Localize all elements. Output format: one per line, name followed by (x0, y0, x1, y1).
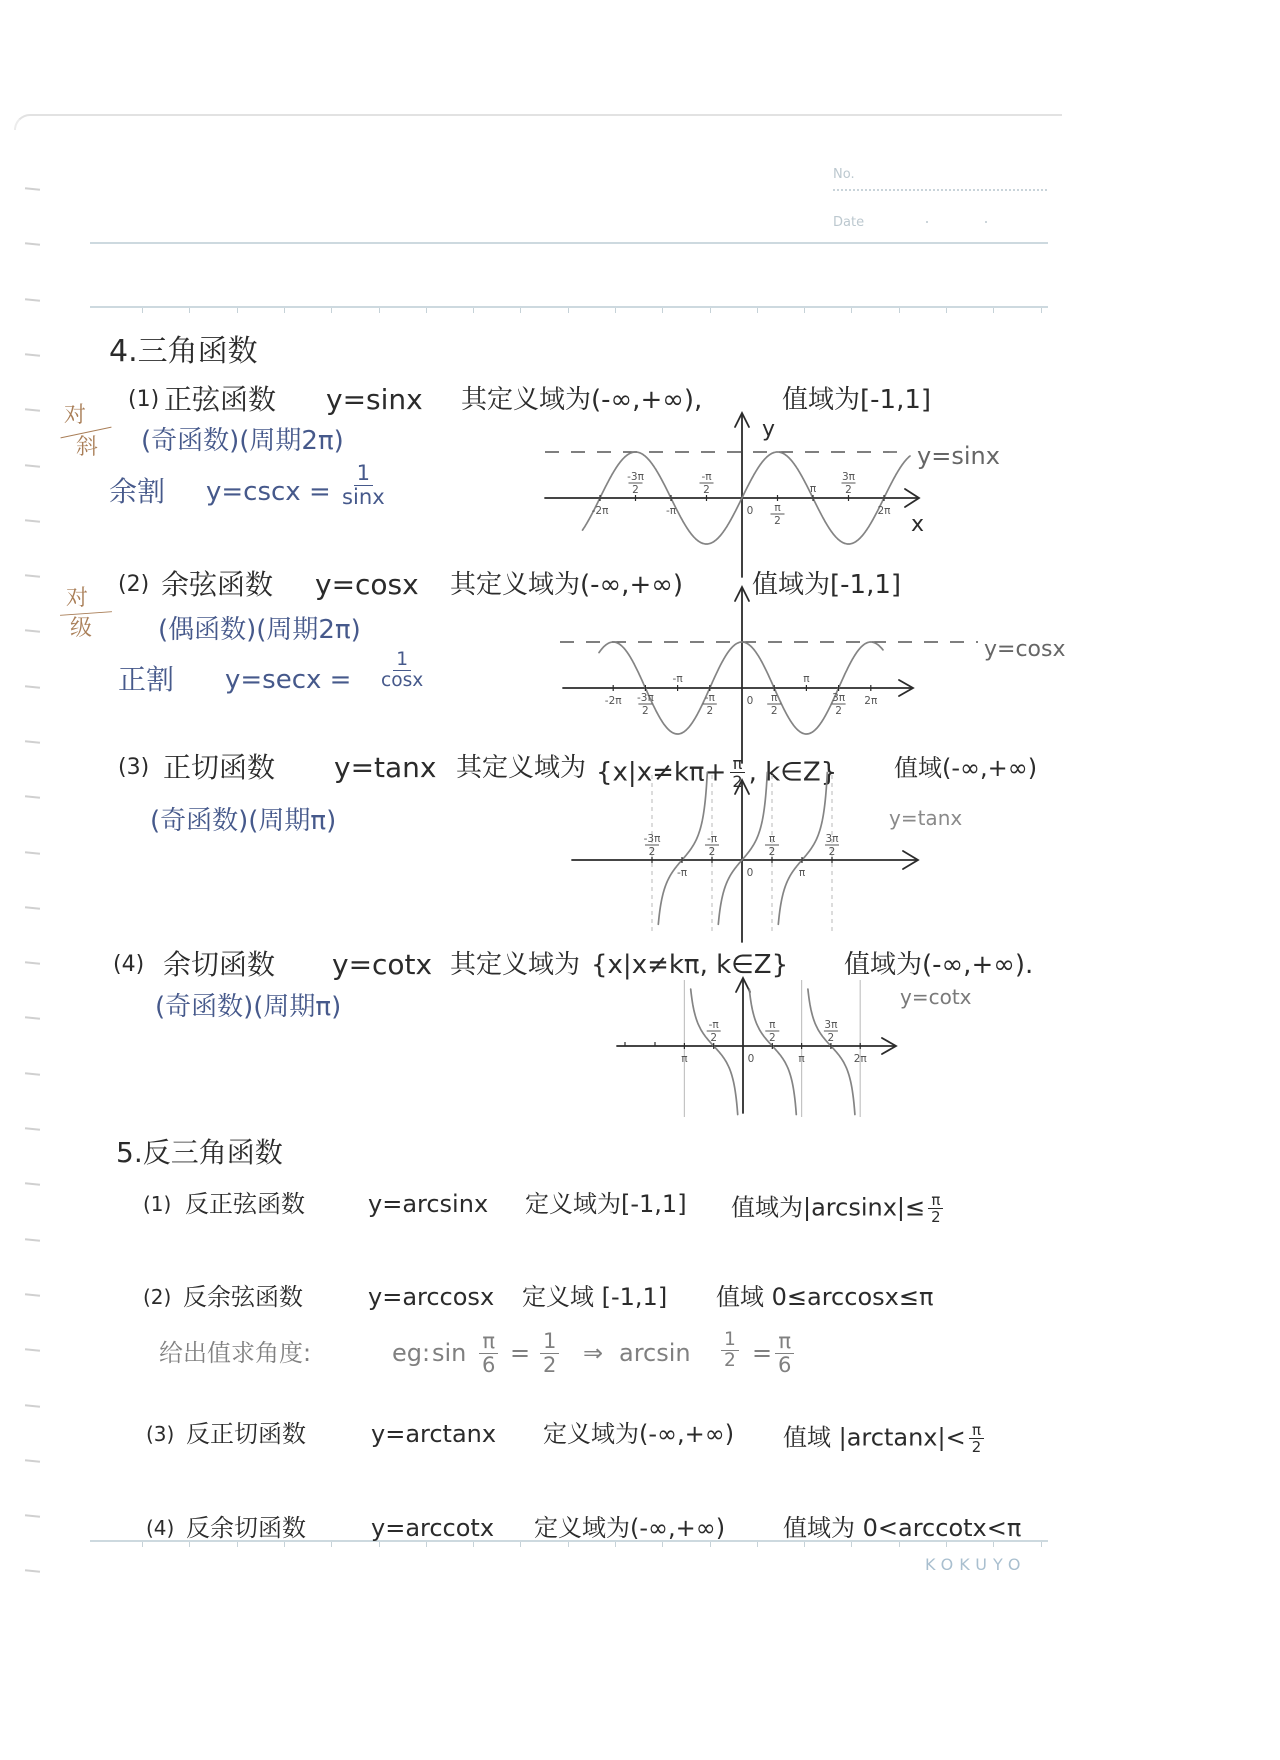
function-domain: 定义域为[-1,1] (525, 1192, 687, 1216)
example-equals: = (510, 1341, 530, 1365)
example-function: sin (432, 1341, 466, 1365)
svg-text:2: 2 (769, 1032, 776, 1044)
function-range: 值域 |arctanx|<π2 (783, 1422, 987, 1455)
tick-label: π (803, 673, 810, 685)
fraction-numerator: π (928, 1192, 943, 1209)
item-number: (2) (143, 1287, 171, 1307)
svg-text:2: 2 (649, 846, 656, 858)
graphs-layer: y x -2π-3π2-π-π20π2π3π22π -2π-3π2-π-π20π… (0, 0, 1280, 1760)
svg-text:2: 2 (845, 484, 852, 496)
fraction-denominator: 2 (540, 1354, 559, 1377)
tick-label: -3π2 (627, 471, 644, 496)
function-formula: y=arcsinx (368, 1192, 488, 1216)
tick-label: π2 (771, 502, 785, 527)
example-function: arcsin (619, 1341, 691, 1365)
function-formula: y=arccotx (371, 1516, 494, 1540)
tick-label: -π (673, 673, 684, 685)
function-name: 反正弦函数 (185, 1192, 305, 1216)
svg-text:π: π (771, 692, 778, 704)
svg-text:3π: 3π (842, 471, 856, 483)
svg-text:2: 2 (709, 846, 716, 858)
tick-label: π2 (765, 833, 779, 858)
tick-label: 2π (877, 505, 891, 517)
function-range: 值域 0≤arccosx≤π (716, 1285, 933, 1309)
svg-text:-π: -π (701, 471, 712, 483)
implies-arrow: ⇒ (583, 1341, 603, 1365)
section5-title: 5.反三角函数 (116, 1139, 283, 1167)
svg-text:π: π (810, 483, 817, 495)
fraction-denominator: 2 (969, 1439, 984, 1455)
tick-label: -2π (605, 695, 622, 707)
svg-text:-π: -π (673, 673, 684, 685)
svg-text:-π: -π (709, 1019, 720, 1031)
tick-label: -π2 (700, 471, 714, 496)
svg-text:0: 0 (747, 867, 754, 879)
function-name: 反余切函数 (186, 1516, 306, 1540)
item-number: (3) (146, 1424, 174, 1444)
item-number: (1) (143, 1194, 171, 1214)
svg-text:-π: -π (677, 867, 688, 879)
example-fraction: 12 (537, 1330, 562, 1377)
svg-text:0: 0 (748, 1053, 755, 1065)
tick-label: -π2 (705, 833, 719, 858)
fraction-denominator: 2 (928, 1209, 943, 1225)
svg-text:2: 2 (706, 705, 713, 717)
svg-text:π: π (803, 673, 810, 685)
tick-label: -3π2 (637, 692, 654, 717)
fraction-numerator: 1 (721, 1330, 739, 1351)
cotangent-graph: π-π20π2π3π22π (617, 978, 896, 1117)
svg-text:2: 2 (642, 705, 649, 717)
tick-label: -π (677, 867, 688, 879)
example-fraction: 12 (718, 1330, 742, 1371)
svg-text:2: 2 (703, 484, 710, 496)
tick-label: -π (666, 505, 677, 517)
svg-text:2: 2 (829, 846, 836, 858)
function-domain: 定义域为(-∞,+∞) (543, 1422, 734, 1446)
svg-text:2: 2 (835, 705, 842, 717)
function-range: 值域为|arcsinx|≤π2 (731, 1192, 947, 1225)
svg-text:2π: 2π (864, 695, 878, 707)
svg-text:0: 0 (747, 505, 754, 517)
tick-label: π (810, 483, 817, 495)
example-fraction: π6 (772, 1330, 797, 1377)
fraction-denominator: 6 (479, 1354, 498, 1377)
svg-text:-2π: -2π (592, 505, 609, 517)
tick-label: -2π (592, 505, 609, 517)
tangent-graph: -3π2-π-π20π2π3π2 (572, 772, 918, 942)
svg-text:2: 2 (769, 846, 776, 858)
svg-text:π: π (769, 1019, 776, 1031)
svg-text:π: π (799, 867, 806, 879)
function-domain: 定义域为(-∞,+∞) (534, 1516, 725, 1540)
cot-curve (691, 989, 855, 1114)
svg-text:-3π: -3π (627, 471, 644, 483)
tick-label: 3π2 (832, 692, 846, 717)
svg-text:π: π (681, 1053, 688, 1065)
range-text: 值域 |arctanx|< (783, 1424, 966, 1452)
fraction-numerator: π (479, 1330, 498, 1354)
svg-text:3π: 3π (825, 833, 839, 845)
item-number: (4) (146, 1518, 174, 1538)
fraction-denominator: 2 (721, 1351, 739, 1371)
svg-text:-π: -π (666, 505, 677, 517)
y-axis-label: y (762, 417, 775, 442)
svg-text:2π: 2π (877, 505, 891, 517)
tick-label: π2 (767, 692, 781, 717)
tick-label: 2π (854, 1053, 868, 1065)
tick-label: -π2 (703, 692, 717, 717)
svg-text:-2π: -2π (605, 695, 622, 707)
fraction-numerator: π (969, 1422, 984, 1439)
svg-text:-3π: -3π (644, 833, 661, 845)
svg-text:3π: 3π (832, 692, 846, 704)
tick-label: 0 (747, 867, 754, 879)
function-range: 值域为 0<arccotx<π (783, 1516, 1021, 1540)
fraction-numerator: π (775, 1330, 794, 1354)
example-eg: eg: (392, 1341, 430, 1365)
svg-text:2π: 2π (854, 1053, 868, 1065)
svg-text:-3π: -3π (637, 692, 654, 704)
svg-text:π: π (774, 502, 781, 514)
svg-text:π: π (769, 833, 776, 845)
tick-label: 2π (864, 695, 878, 707)
sine-graph: y x -2π-3π2-π-π20π2π3π22π (545, 413, 924, 577)
svg-text:-π: -π (705, 692, 716, 704)
tick-label: 0 (747, 695, 754, 707)
x-axis-label: x (911, 512, 924, 537)
tick-label: π (681, 1053, 688, 1065)
tick-label: 0 (747, 505, 754, 517)
tick-label: 3π2 (842, 471, 856, 496)
function-formula: y=arctanx (371, 1422, 496, 1446)
svg-text:2: 2 (771, 705, 778, 717)
example-label: 给出值求角度: (159, 1341, 311, 1365)
svg-text:2: 2 (774, 515, 781, 527)
tick-label: π (799, 867, 806, 879)
function-name: 反正切函数 (186, 1422, 306, 1446)
function-formula: y=arccosx (368, 1285, 494, 1309)
tick-label: π (798, 1053, 805, 1065)
svg-text:2: 2 (828, 1032, 835, 1044)
tick-label: -3π2 (644, 833, 661, 858)
svg-text:0: 0 (747, 695, 754, 707)
fraction-denominator: 6 (775, 1354, 794, 1377)
svg-text:3π: 3π (824, 1019, 838, 1031)
function-name: 反余弦函数 (183, 1285, 303, 1309)
example-equals: = (752, 1341, 772, 1365)
svg-text:2: 2 (632, 484, 639, 496)
example-fraction: π6 (476, 1330, 501, 1377)
range-text: 值域为|arcsinx|≤ (731, 1194, 925, 1222)
fraction-numerator: 1 (540, 1330, 559, 1354)
svg-text:2: 2 (710, 1032, 717, 1044)
svg-text:π: π (798, 1053, 805, 1065)
function-domain: 定义域 [-1,1] (522, 1285, 667, 1309)
svg-text:-π: -π (707, 833, 718, 845)
tick-label: 0 (748, 1053, 755, 1065)
tick-label: 3π2 (825, 833, 839, 858)
cosine-graph: -2π-3π2-π-π20π2π3π22π (560, 587, 978, 763)
